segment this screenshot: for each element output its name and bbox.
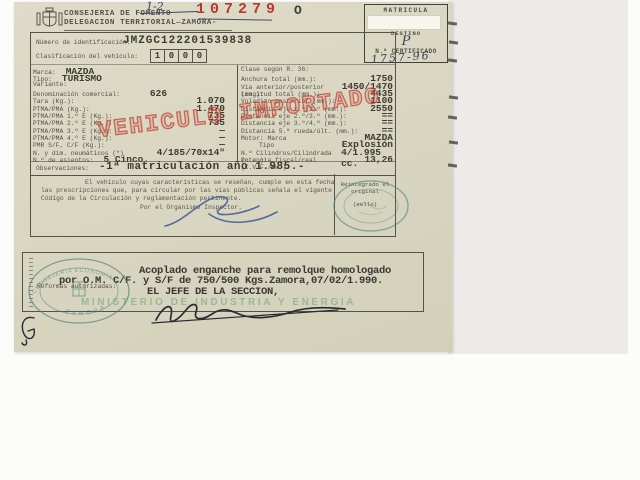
margin-microtext (29, 258, 33, 308)
classification-digit: 0 (164, 49, 179, 63)
margin-handwritten-mark (18, 314, 40, 346)
scanner-background (448, 0, 628, 354)
spec-row-marca: Marca:MAZDA (33, 66, 233, 73)
classification-label: Clasificación del vehículo: (36, 53, 138, 60)
edge-mark (449, 40, 458, 44)
svg-text:CONSEJERIA ECONOMIA Y: CONSEJERIA ECONOMIA Y (32, 268, 120, 295)
round-inspection-stamp (329, 178, 413, 234)
declaration-box: El vehículo cuyas características se res… (30, 174, 396, 237)
spec-row-variante: Variante: (33, 81, 233, 88)
matricula-label: MATRICULA (365, 7, 447, 14)
spec-row-motor-tipo: TipoExplosión (241, 139, 397, 146)
edge-mark (449, 140, 458, 144)
serial-number-stamp: 107279 (196, 1, 280, 18)
classification-digit: 0 (192, 49, 207, 63)
spec-row-neumaticos: N. y dim. neumáticos (*)4/185/70x14" (33, 147, 233, 154)
redacted-plate-patch (368, 16, 440, 29)
edge-mark (448, 58, 457, 62)
edge-mark (448, 115, 457, 119)
spec-row-potencia: Potencia fiscal/real (C.V.F./Kw.):13,26 (241, 154, 397, 161)
spec-row-tipo: Tipo:TURISMO (33, 73, 233, 80)
spec-row-cilindrada: N.º Cilindros/Cilindrada (c.c.):4/1.995 … (241, 147, 397, 154)
vin-label: Número de identificación: (36, 39, 130, 46)
inspector-signature (161, 192, 281, 234)
svg-text:ZAMORA: ZAMORA (65, 303, 109, 317)
spec-row-motor-marca: Motor: MarcaMAZDA (241, 132, 397, 139)
vin-value: JMZGC122201539838 (123, 35, 252, 47)
classification-digit-boxes: 1 0 0 0 (151, 49, 207, 63)
scanned-document-page: CONSEJERIA DE FOMENTODELEGACION TERRITOR… (0, 0, 640, 480)
oval-stamp-ring-top: CONSEJERIA ECONOMIA Y (32, 268, 120, 295)
edge-mark (449, 95, 458, 99)
spec-row-denominacion: Denominación comercial:626 (33, 88, 233, 95)
classification-digit: 0 (178, 49, 193, 63)
spec-row-asientos: N.º de asientos:5 Cinco. (33, 154, 233, 161)
spain-coat-of-arms-icon (34, 7, 64, 32)
handwritten-note: 1-2 (146, 0, 164, 13)
vehicle-certificate-paper: CONSEJERIA DE FOMENTODELEGACION TERRITOR… (14, 2, 452, 352)
org-line2: DELEGACION TERRITORIAL—ZAMORA- (64, 19, 217, 27)
spec-row-pmr: PMR S/F, C/F (Kg.):— (33, 139, 233, 146)
spec-row-quinta-rueda: Distancia 5.ª rueda/últ. (mm.):== (241, 125, 397, 132)
observations-value: -1ª matriculación año 1.985.- (99, 161, 305, 173)
section-chief-signature (152, 290, 352, 335)
header-underline (64, 30, 232, 31)
classification-digit: 1 (150, 49, 165, 63)
edge-mark (448, 21, 457, 25)
spec-row-tara: Tara (Kg.):1.070 (33, 95, 233, 102)
serial-suffix: O (294, 3, 302, 18)
oval-stamp-ring-bottom: ZAMORA (65, 303, 109, 317)
oval-office-stamp: CONSEJERIA ECONOMIA Y ZAMORA (26, 256, 132, 326)
edge-mark (448, 163, 457, 167)
observations-label: Observaciones: (36, 165, 89, 172)
spec-row-clase: Clase según R. 36: (241, 66, 397, 73)
spec-row-anchura: Anchura total (mm.):1750 (241, 73, 397, 80)
